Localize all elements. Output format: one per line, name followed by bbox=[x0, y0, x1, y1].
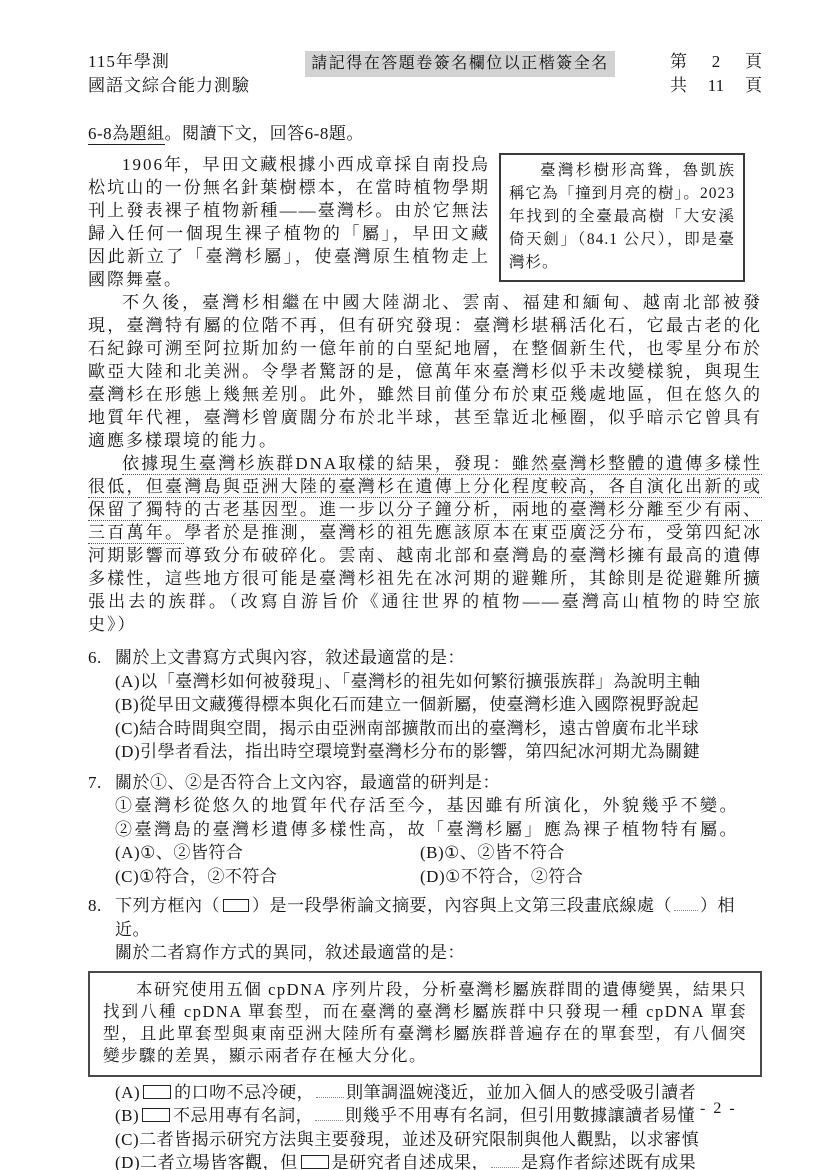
reading-passage: 1906年，早田文藏根據小西成章採自南投烏松坑山的一份無名針葉樹標本，在當時植物… bbox=[88, 153, 762, 636]
passage-paragraph-2: 不久後，臺灣杉相繼在中國大陸湖北、雲南、福建和緬甸、越南北部被發現，臺灣特有屬的… bbox=[88, 291, 762, 452]
option-c-text: 二者皆揭示研究方法與主要發現，並述及研究限制與他人觀點，以求審慎 bbox=[139, 1130, 699, 1149]
paragraph-1-row: 1906年，早田文藏根據小西成章採自南投烏松坑山的一份無名針葉樹標本，在當時植物… bbox=[88, 153, 762, 291]
page-number: 2 bbox=[712, 50, 721, 74]
question-6-stem: 關於上文書寫方式與內容，敘述最適當的是： bbox=[115, 646, 762, 670]
question-group-intro: 6-8為題組。閱讀下文，回答6-8題。 bbox=[88, 122, 762, 145]
option-a-text-1: 的口吻不忌冷硬， bbox=[174, 1083, 314, 1102]
question-7-number: 7. bbox=[88, 771, 115, 889]
option-a-text-2: 則筆調溫婉淺近，並加入個人的感受吸引讀者 bbox=[346, 1083, 696, 1102]
group-intro-rest: 。閱讀下文，回答6-8題。 bbox=[165, 124, 364, 143]
option-c-label: (C) bbox=[115, 1130, 139, 1149]
abstract-box-icon bbox=[223, 899, 249, 912]
exam-session: 115年學測 bbox=[88, 50, 250, 74]
page-word: 第 bbox=[670, 50, 687, 74]
page-header: 115年學測 國語文綜合能力測驗 請記得在答題卷簽名欄位以正楷簽全名 第 2 頁… bbox=[88, 50, 762, 98]
question-8-stem-line-2: 關於二者寫作方式的異同，敘述最適當的是： bbox=[115, 941, 762, 965]
question-7-body: 關於①、②是否符合上文內容，最適當的研判是： ①臺灣杉從悠久的地質年代存活至今，… bbox=[115, 771, 762, 889]
abstract-box-icon bbox=[301, 1155, 329, 1169]
question-8-option-a: (A)的口吻不忌冷硬，則筆調溫婉淺近，並加入個人的感受吸引讀者 bbox=[115, 1081, 762, 1105]
header-center: 請記得在答題卷簽名欄位以正楷簽全名 bbox=[305, 50, 615, 77]
page-indicator: 第 2 頁 bbox=[670, 50, 762, 74]
side-note-box: 臺灣杉樹形高聳，魯凱族稱它為「撞到月亮的樹」。2023 年找到的全臺最高樹「大安… bbox=[499, 153, 745, 282]
question-6-option-d: (D)引學者看法，指出時空環境對臺灣杉分布的影響，第四紀冰河期尤為關鍵 bbox=[115, 740, 762, 764]
footer-page-number: - 2 - bbox=[700, 1100, 737, 1118]
total-pages-indicator: 共 11 頁 bbox=[670, 74, 762, 98]
question-8-option-c: (C)二者皆揭示研究方法與主要發現，並述及研究限制與他人觀點，以求審慎 bbox=[115, 1128, 762, 1152]
option-b-text-2: 則幾乎不用專有名詞，但引用數據讓讀者易懂 bbox=[345, 1106, 695, 1125]
question-7-options: (A)①、②皆符合 (B)①、②皆不符合 (C)①符合，②不符合 (D)①不符合… bbox=[115, 841, 762, 888]
total-number: 11 bbox=[708, 74, 724, 98]
academic-abstract-box: 本研究使用五個 cpDNA 序列片段，分析臺灣杉屬族群間的遺傳變異，結果只找到八… bbox=[88, 971, 762, 1077]
question-7-option-a: (A)①、②皆符合 bbox=[115, 841, 420, 865]
underline-blank-icon bbox=[674, 898, 698, 911]
question-8-option-b: (B)不忌用專有名詞，則幾乎不用專有名詞，但引用數據讓讀者易懂 bbox=[115, 1104, 762, 1128]
header-left: 115年學測 國語文綜合能力測驗 bbox=[88, 50, 250, 98]
passage-paragraph-1: 1906年，早田文藏根據小西成章採自南投烏松坑山的一份無名針葉樹標本，在當時植物… bbox=[88, 153, 490, 291]
question-7-option-d: (D)①不符合，②符合 bbox=[420, 865, 762, 889]
question-8-stem-part-1: 下列方框內（ bbox=[115, 896, 220, 915]
group-range-underlined: 6-8為題組 bbox=[88, 124, 165, 145]
question-6-body: 關於上文書寫方式與內容，敘述最適當的是： (A)以「臺灣杉如何被發現」、「臺灣杉… bbox=[115, 646, 762, 764]
option-a-label: (A) bbox=[115, 1083, 140, 1102]
question-8: 8. 下列方框內（）是一段學術論文摘要，內容與上文第三段畫底線處（）相近。 關於… bbox=[88, 894, 762, 1170]
page-unit: 頁 bbox=[745, 50, 762, 74]
option-b-label: (B) bbox=[115, 1106, 139, 1125]
total-word: 共 bbox=[670, 74, 687, 98]
question-7-statement-1: ①臺灣杉從悠久的地質年代存活至今，基因雖有所演化，外貌幾乎不變。 bbox=[115, 794, 762, 818]
passage-paragraph-3: 依據現生臺灣杉族群DNA取樣的結果，發現：雖然臺灣杉整體的遺傳多樣性很低，但臺灣… bbox=[88, 452, 762, 636]
abstract-box-icon bbox=[143, 1085, 171, 1099]
question-7-statement-2: ②臺灣島的臺灣杉遺傳多樣性高，故「臺灣杉屬」應為裸子植物特有屬。 bbox=[115, 818, 762, 842]
underline-blank-icon bbox=[491, 1155, 519, 1168]
question-8-stem: 下列方框內（）是一段學術論文摘要，內容與上文第三段畫底線處（）相近。 bbox=[115, 894, 762, 941]
exam-page: 115年學測 國語文綜合能力測驗 請記得在答題卷簽名欄位以正楷簽全名 第 2 頁… bbox=[0, 0, 827, 1170]
exam-subject: 國語文綜合能力測驗 bbox=[88, 74, 250, 98]
question-6-number: 6. bbox=[88, 646, 115, 764]
question-7: 7. 關於①、②是否符合上文內容，最適當的研判是： ①臺灣杉從悠久的地質年代存活… bbox=[88, 771, 762, 889]
question-8-body: 下列方框內（）是一段學術論文摘要，內容與上文第三段畫底線處（）相近。 關於二者寫… bbox=[115, 894, 762, 1170]
option-d-text-1: 二者立場皆客觀，但 bbox=[140, 1153, 298, 1170]
abstract-box-icon bbox=[142, 1108, 170, 1122]
signature-notice: 請記得在答題卷簽名欄位以正楷簽全名 bbox=[305, 51, 615, 77]
total-unit: 頁 bbox=[745, 74, 762, 98]
question-7-option-b: (B)①、②皆不符合 bbox=[420, 841, 762, 865]
option-d-label: (D) bbox=[115, 1153, 140, 1170]
question-6-option-c: (C)結合時間與空間，揭示由亞洲南部擴散而出的臺灣杉，遠古曾廣布北半球 bbox=[115, 717, 762, 741]
question-7-stem: 關於①、②是否符合上文內容，最適當的研判是： bbox=[115, 771, 762, 795]
option-d-text-3: 是寫作者綜述既有成果 bbox=[521, 1153, 696, 1170]
question-6-option-b: (B)從早田文藏獲得標本與化石而建立一個新屬，使臺灣杉進入國際視野說起 bbox=[115, 693, 762, 717]
question-8-option-d: (D)二者立場皆客觀，但是研究者自述成果，是寫作者綜述既有成果 bbox=[115, 1151, 762, 1170]
question-6: 6. 關於上文書寫方式與內容，敘述最適當的是： (A)以「臺灣杉如何被發現」、「… bbox=[88, 646, 762, 764]
question-8-stem-part-2: ）是一段學術論文摘要，內容與上文第三段畫底線處（ bbox=[252, 896, 672, 915]
option-b-text-1: 不忌用專有名詞， bbox=[173, 1106, 313, 1125]
paragraph-3-rest: 學者於是推測，臺灣杉的祖先應該原本在東亞廣泛分布，受第四紀冰河期影響而導致分布破… bbox=[88, 523, 762, 634]
option-d-text-2: 是研究者自述成果， bbox=[332, 1153, 490, 1170]
question-6-option-a: (A)以「臺灣杉如何被發現」、「臺灣杉的祖先如何繁衍擴張族群」為說明主軸 bbox=[115, 670, 762, 694]
header-page-info: 第 2 頁 共 11 頁 bbox=[670, 50, 762, 98]
underline-blank-icon bbox=[316, 1085, 344, 1098]
underline-blank-icon bbox=[315, 1108, 343, 1121]
question-7-option-c: (C)①符合，②不符合 bbox=[115, 865, 420, 889]
